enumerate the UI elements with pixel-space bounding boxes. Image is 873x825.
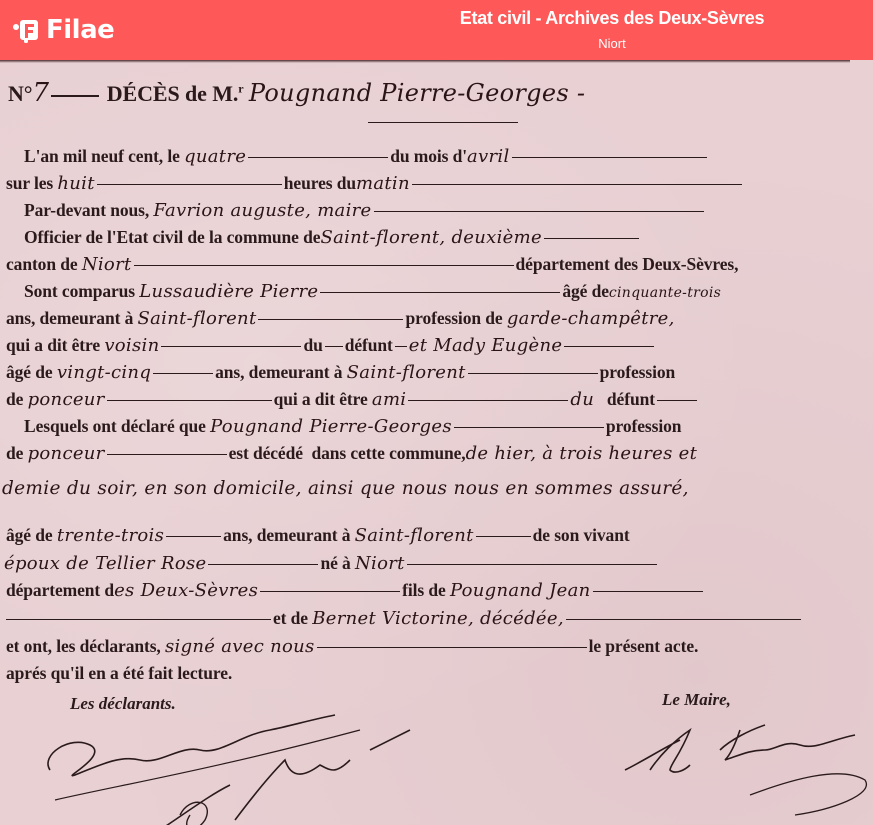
printed-text: Officier de l'Etat civil de la commune d… bbox=[24, 227, 320, 247]
rule bbox=[325, 346, 343, 347]
rule bbox=[564, 346, 654, 347]
rule bbox=[407, 564, 657, 565]
handwritten-age3: trente-trois bbox=[57, 525, 164, 546]
record-location: Niort bbox=[400, 36, 824, 51]
handwritten-profession2: ponceur bbox=[28, 389, 105, 410]
printed-text: et de bbox=[273, 608, 308, 628]
logo-text: Filae bbox=[46, 15, 114, 45]
printed-text: défunt bbox=[345, 335, 393, 355]
number-label: N° bbox=[8, 81, 33, 106]
printed-text: de bbox=[6, 389, 23, 409]
printed-text: et ont, les déclarants, bbox=[6, 636, 161, 656]
rule bbox=[566, 619, 801, 620]
rule bbox=[166, 536, 221, 537]
printed-text: heures du bbox=[284, 173, 356, 193]
handwritten-month: avril bbox=[467, 146, 510, 167]
printed-text: sur les bbox=[6, 173, 53, 193]
line-death-cont: demie du soir, en son domicile, ainsi qu… bbox=[2, 478, 689, 499]
line-age2: âgé de vingt-cinqans, demeurant à Saint-… bbox=[6, 362, 675, 383]
label-sup: r bbox=[238, 82, 243, 96]
printed-text: le présent acte. bbox=[589, 636, 699, 656]
handwritten-witness2: et Mady Eugène bbox=[409, 335, 563, 356]
rule bbox=[6, 619, 271, 620]
handwritten-residence2: Saint-florent bbox=[347, 362, 466, 383]
app-header: Filae Etat civil - Archives des Deux-Sèv… bbox=[0, 0, 873, 60]
line-parents: département des Deux-Sèvresfils de Pougn… bbox=[6, 580, 705, 601]
printed-text: département des Deux-Sèvres, bbox=[516, 254, 739, 274]
printed-text: qui a dit être bbox=[274, 389, 368, 409]
record-source-title: Etat civil - Archives des Deux-Sèvres bbox=[400, 8, 824, 29]
handwritten-department: es Deux-Sèvres bbox=[114, 580, 258, 601]
handwritten-day: quatre bbox=[184, 146, 246, 167]
line-age3: âgé de trente-troisans, demeurant à Sain… bbox=[6, 525, 630, 546]
line-residence1: ans, demeurant à Saint-florentprofession… bbox=[6, 308, 675, 329]
handwritten-residence3: Saint-florent bbox=[355, 525, 474, 546]
handwritten-relation1: voisin bbox=[104, 335, 159, 356]
printed-text: âgé de bbox=[6, 362, 53, 382]
handwritten-deceased: Pougnand Pierre-Georges bbox=[210, 416, 452, 437]
line-signed: et ont, les déclarants, signé avec nousl… bbox=[6, 636, 698, 657]
printed-text: aprés qu'il en a été fait lecture. bbox=[6, 663, 232, 683]
printed-text: Lesquels ont déclaré que bbox=[24, 416, 206, 436]
line-officer: Par-devant nous, Favrion auguste, maire bbox=[24, 200, 706, 221]
line-mother: et de Bernet Victorine, décédée, bbox=[6, 608, 803, 629]
handwritten-witness1: Lussaudière Pierre bbox=[139, 281, 318, 302]
line-canton: canton de Niortdépartement des Deux-Sèvr… bbox=[6, 254, 738, 275]
line-relation1: qui a dit être voisindudéfuntet Mady Eug… bbox=[6, 335, 656, 356]
rule bbox=[97, 184, 282, 185]
rule bbox=[374, 211, 704, 212]
handwritten-birthplace: Niort bbox=[355, 553, 405, 574]
rule bbox=[468, 373, 598, 374]
declarants-signatures bbox=[30, 700, 430, 825]
printed-text: Sont comparus bbox=[24, 281, 135, 301]
rule bbox=[248, 157, 388, 158]
rule bbox=[593, 591, 703, 592]
rule bbox=[51, 95, 99, 97]
handwritten-signed: signé avec nous bbox=[165, 636, 315, 657]
printed-text: âgé de bbox=[562, 281, 609, 301]
act-number: 7 bbox=[33, 78, 50, 108]
rule bbox=[161, 346, 301, 347]
deceased-name: Pougnand Pierre-Georges - bbox=[249, 79, 585, 107]
rule bbox=[476, 536, 531, 537]
rule bbox=[260, 591, 400, 592]
printed-text: défunt bbox=[607, 389, 655, 409]
printed-text: de bbox=[6, 443, 23, 463]
line-hour: sur les huitheures dumatin bbox=[6, 173, 744, 194]
act-title: N°7 DÉCÈS de M.r Pougnand Pierre-Georges… bbox=[8, 78, 585, 108]
printed-text: ans, demeurant à bbox=[215, 362, 342, 382]
rule bbox=[544, 238, 639, 239]
rule bbox=[153, 373, 213, 374]
page-edge bbox=[0, 60, 850, 63]
printed-text: est décédé bbox=[229, 443, 303, 463]
handwritten-death-details: demie du soir, en son domicile, ainsi qu… bbox=[2, 478, 689, 499]
document-image[interactable]: N°7 DÉCÈS de M.r Pougnand Pierre-Georges… bbox=[0, 60, 873, 825]
rule bbox=[134, 265, 514, 266]
deces-label: DÉCÈS de M. bbox=[107, 81, 239, 106]
line-spouse: époux de Tellier Rosené à Niort bbox=[4, 553, 659, 574]
handwritten-father: Pougnand Jean bbox=[450, 580, 591, 601]
printed-text: âgé de bbox=[6, 525, 53, 545]
handwritten-age2: vingt-cinq bbox=[57, 362, 151, 383]
printed-text: du mois d' bbox=[390, 146, 467, 166]
printed-text: profession de bbox=[405, 308, 502, 328]
rule bbox=[512, 157, 707, 158]
filae-logo[interactable]: Filae bbox=[12, 12, 114, 48]
printed-text: profession bbox=[600, 362, 676, 382]
handwritten-mayor: Favrion auguste, maire bbox=[153, 200, 371, 221]
mayor-signature bbox=[600, 710, 870, 825]
handwritten-age1: cinquante-trois bbox=[609, 285, 721, 301]
rule bbox=[317, 647, 587, 648]
printed-text: département d bbox=[6, 580, 114, 600]
rule bbox=[258, 319, 403, 320]
handwritten-period: matin bbox=[356, 173, 410, 194]
line-date: L'an mil neuf cent, le quatredu mois d'a… bbox=[24, 146, 709, 167]
printed-text: Par-devant nous, bbox=[24, 200, 149, 220]
printed-text: né à bbox=[320, 553, 350, 573]
printed-text: ans, demeurant à bbox=[223, 525, 350, 545]
mayor-label: Le Maire, bbox=[662, 690, 731, 710]
printed-text: ans, demeurant à bbox=[6, 308, 133, 328]
line-reading: aprés qu'il en a été fait lecture. bbox=[6, 663, 232, 684]
rule bbox=[320, 292, 560, 293]
printed-text: du bbox=[303, 335, 322, 355]
rule bbox=[408, 400, 568, 401]
handwritten-time: de hier, à trois heures et bbox=[466, 443, 698, 464]
printed-text: du bbox=[570, 389, 594, 410]
handwritten-canton: Niort bbox=[82, 254, 132, 275]
printed-text: canton de bbox=[6, 254, 78, 274]
line-commune: Officier de l'Etat civil de la commune d… bbox=[24, 227, 641, 248]
handwritten-profession1: garde-champêtre, bbox=[507, 308, 675, 329]
rule bbox=[454, 427, 604, 428]
rule bbox=[657, 400, 697, 401]
rule bbox=[395, 346, 407, 347]
line-death: de ponceurest décédé dans cette commune,… bbox=[6, 443, 697, 464]
printed-text: de son vivant bbox=[533, 525, 630, 545]
rule bbox=[208, 564, 318, 565]
line-profession2: de ponceurqui a dit être amidu défunt bbox=[6, 389, 699, 410]
handwritten-residence1: Saint-florent bbox=[138, 308, 257, 329]
printed-text: profession bbox=[606, 416, 682, 436]
handwritten-hour: huit bbox=[57, 173, 94, 194]
handwritten-relation2: ami bbox=[372, 389, 406, 410]
handwritten-mother: Bernet Victorine, décédée, bbox=[312, 608, 564, 629]
filae-logo-icon bbox=[12, 15, 42, 45]
title-underline bbox=[368, 122, 518, 123]
handwritten-commune: Saint-florent, deuxième bbox=[320, 227, 541, 248]
rule bbox=[107, 400, 272, 401]
printed-text: fils de bbox=[402, 580, 446, 600]
printed-text: L'an mil neuf cent, le bbox=[24, 146, 180, 166]
handwritten-profession3: ponceur bbox=[28, 443, 105, 464]
line-declaration: Lesquels ont déclaré que Pougnand Pierre… bbox=[24, 416, 681, 437]
handwritten-spouse: époux de Tellier Rose bbox=[4, 553, 206, 574]
printed-text: dans cette commune, bbox=[311, 443, 465, 463]
rule bbox=[412, 184, 742, 185]
line-witness1: Sont comparus Lussaudière Pierreâgé deci… bbox=[24, 281, 721, 302]
printed-text: qui a dit être bbox=[6, 335, 100, 355]
rule bbox=[107, 454, 227, 455]
